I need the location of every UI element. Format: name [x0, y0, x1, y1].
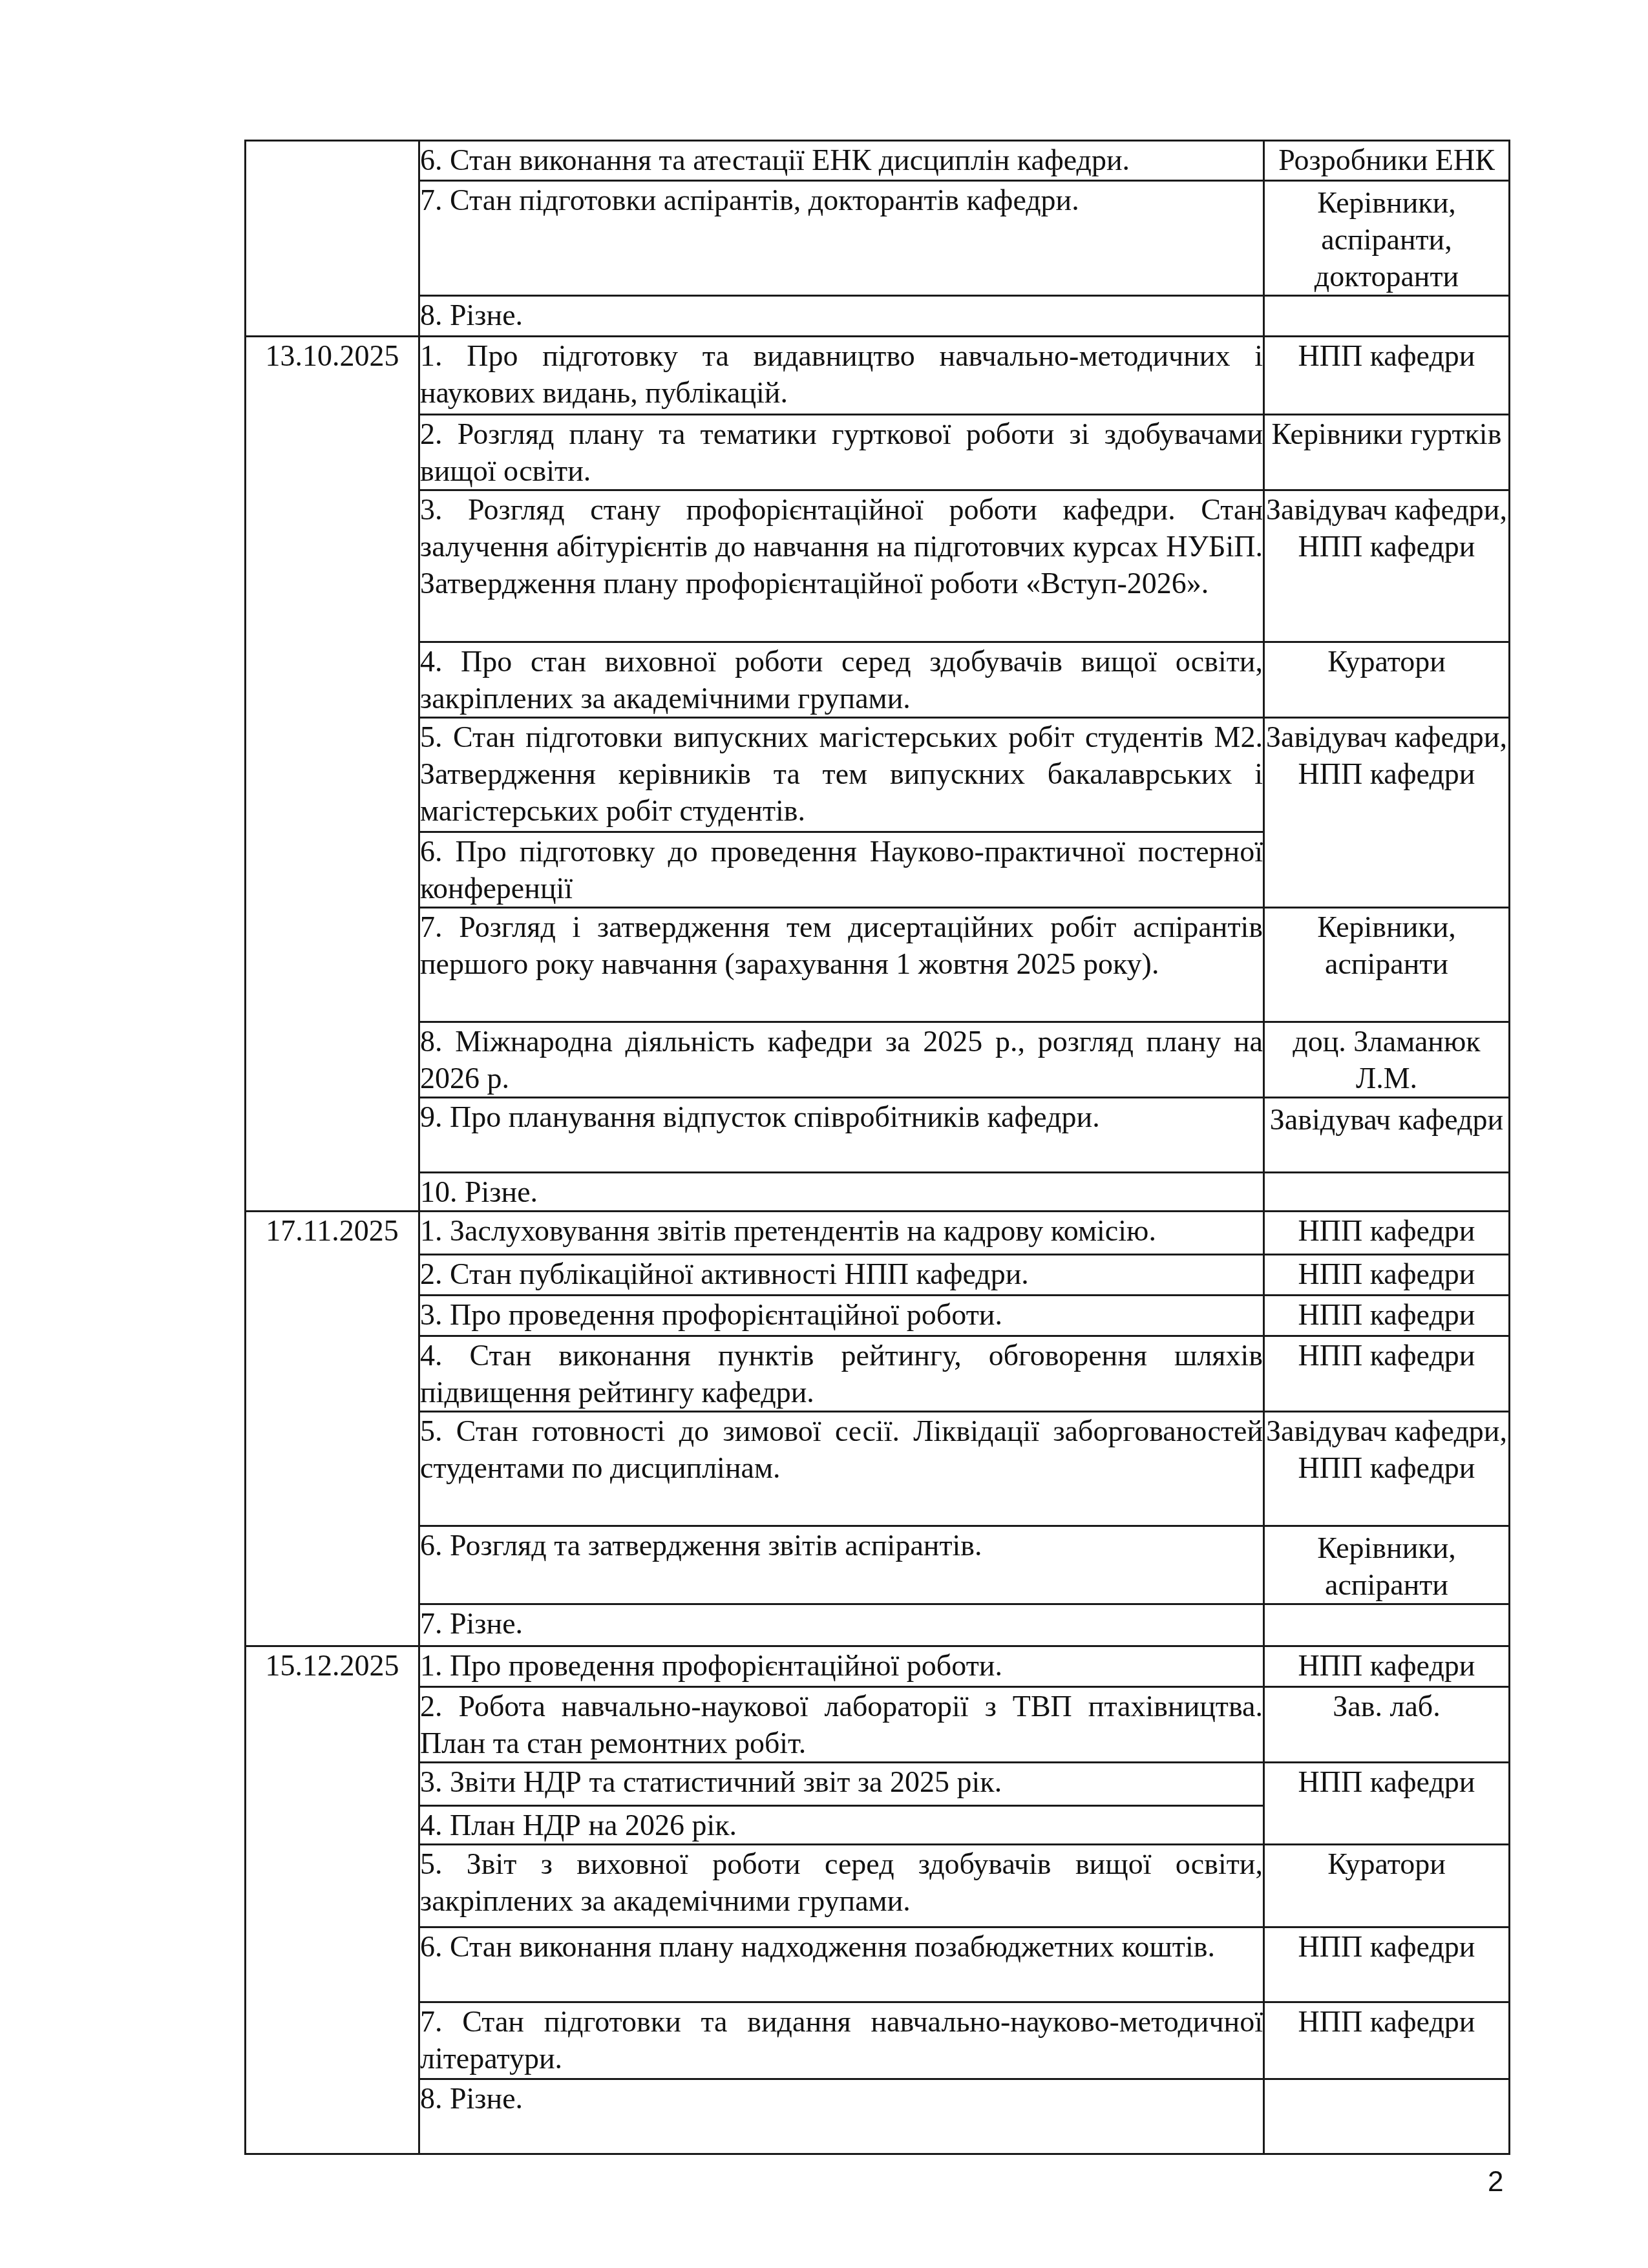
document-page: 6. Стан виконання та атестації ЕНК дисци… — [0, 0, 1648, 2268]
agenda-row: 3. Розгляд стану профорієнтаційної робот… — [246, 490, 1510, 642]
agenda-row: 3. Звіти НДР та статистичний звіт за 202… — [246, 1763, 1510, 1806]
meeting-date: 13.10.2025 — [246, 337, 419, 1212]
agenda-topic: 2. Розгляд плану та тематики гурткової р… — [419, 415, 1264, 490]
agenda-topic: 7. Розгляд і затвердження тем дисертацій… — [419, 908, 1264, 1022]
agenda-topic: 3. Про проведення профорієнтаційної робо… — [419, 1296, 1264, 1336]
meeting-plan-body: 6. Стан виконання та атестації ЕНК дисци… — [246, 141, 1510, 2154]
agenda-row: 4. Про стан виховної роботи серед здобув… — [246, 642, 1510, 718]
agenda-topic: 8. Різне. — [419, 296, 1264, 337]
responsible-party: доц. Зламанюк Л.М. — [1264, 1022, 1510, 1098]
responsible-party: Завідувач кафедри, НПП кафедри — [1264, 1412, 1510, 1526]
responsible-party: НПП кафедри — [1264, 1336, 1510, 1412]
agenda-topic: 7. Стан підготовки та видання навчально-… — [419, 2002, 1264, 2079]
responsible-party: Куратори — [1264, 1845, 1510, 1927]
agenda-row: 6. Розгляд та затвердження звітів аспіра… — [246, 1526, 1510, 1604]
agenda-topic: 8. Різне. — [419, 2079, 1264, 2154]
agenda-row: 2. Розгляд плану та тематики гурткової р… — [246, 415, 1510, 490]
agenda-topic: 6. Розгляд та затвердження звітів аспіра… — [419, 1526, 1264, 1604]
agenda-row: 7. Розгляд і затвердження тем дисертацій… — [246, 908, 1510, 1022]
agenda-topic: 2. Стан публікаційної активності НПП каф… — [419, 1255, 1264, 1296]
agenda-row: 13.10.20251. Про підготовку та видавницт… — [246, 337, 1510, 415]
responsible-party — [1264, 296, 1510, 337]
responsible-party: НПП кафедри — [1264, 1212, 1510, 1255]
responsible-party: Завідувач кафедри — [1264, 1098, 1510, 1173]
agenda-row: 9. Про планування відпусток співробітник… — [246, 1098, 1510, 1173]
agenda-topic: 1. Про підготовку та видавництво навчаль… — [419, 337, 1264, 415]
agenda-row: 8. Різне. — [246, 2079, 1510, 2154]
meeting-date: 17.11.2025 — [246, 1212, 419, 1646]
agenda-row: 8. Різне. — [246, 296, 1510, 337]
agenda-row: 2. Стан публікаційної активності НПП каф… — [246, 1255, 1510, 1296]
agenda-topic: 4. Про стан виховної роботи серед здобув… — [419, 642, 1264, 718]
agenda-topic: 7. Стан підготовки аспірантів, докторант… — [419, 181, 1264, 296]
agenda-row: 5. Звіт з виховної роботи серед здобувач… — [246, 1845, 1510, 1927]
responsible-party: НПП кафедри — [1264, 1927, 1510, 2002]
agenda-row: 6. Стан виконання та атестації ЕНК дисци… — [246, 141, 1510, 181]
responsible-party: Куратори — [1264, 642, 1510, 718]
agenda-row: 2. Робота навчально-наукової лабораторії… — [246, 1687, 1510, 1763]
responsible-party: НПП кафедри — [1264, 1296, 1510, 1336]
agenda-row: 17.11.20251. Заслуховування звітів прете… — [246, 1212, 1510, 1255]
agenda-topic: 1. Про проведення профорієнтаційної робо… — [419, 1646, 1264, 1687]
agenda-topic: 9. Про планування відпусток співробітник… — [419, 1098, 1264, 1173]
agenda-row: 7. Стан підготовки аспірантів, докторант… — [246, 181, 1510, 296]
agenda-row: 7. Стан підготовки та видання навчально-… — [246, 2002, 1510, 2079]
agenda-topic: 2. Робота навчально-наукової лабораторії… — [419, 1687, 1264, 1763]
agenda-topic: 8. Міжнародна діяльність кафедри за 2025… — [419, 1022, 1264, 1098]
agenda-topic: 6. Стан виконання та атестації ЕНК дисци… — [419, 141, 1264, 181]
responsible-party: НПП кафедри — [1264, 1763, 1510, 1845]
responsible-party: НПП кафедри — [1264, 337, 1510, 415]
agenda-topic: 4. Стан виконання пунктів рейтингу, обго… — [419, 1336, 1264, 1412]
agenda-row: 10. Різне. — [246, 1173, 1510, 1212]
responsible-party: Керівники гуртків — [1264, 415, 1510, 490]
agenda-topic: 6. Стан виконання плану надходження поза… — [419, 1927, 1264, 2002]
agenda-topic: 3. Звіти НДР та статистичний звіт за 202… — [419, 1763, 1264, 1806]
agenda-topic: 7. Різне. — [419, 1604, 1264, 1646]
agenda-topic: 3. Розгляд стану профорієнтаційної робот… — [419, 490, 1264, 642]
agenda-topic: 5. Стан підготовки випускних магістерськ… — [419, 718, 1264, 832]
responsible-party — [1264, 1604, 1510, 1646]
agenda-topic: 10. Різне. — [419, 1173, 1264, 1212]
responsible-party: Розробники ЕНК — [1264, 141, 1510, 181]
agenda-row: 15.12.20251. Про проведення профорієнтац… — [246, 1646, 1510, 1687]
responsible-party: Завідувач кафедри, НПП кафедри — [1264, 718, 1510, 908]
agenda-topic: 5. Звіт з виховної роботи серед здобувач… — [419, 1845, 1264, 1927]
agenda-row: 4. Стан виконання пунктів рейтингу, обго… — [246, 1336, 1510, 1412]
meeting-date — [246, 141, 419, 337]
responsible-party — [1264, 2079, 1510, 2154]
responsible-party: Керівники, аспіранти — [1264, 1526, 1510, 1604]
agenda-topic: 6. Про підготовку до проведення Науково-… — [419, 832, 1264, 908]
responsible-party: Керівники, аспіранти, докторанти — [1264, 181, 1510, 296]
page-number: 2 — [1488, 2166, 1503, 2198]
agenda-row: 6. Стан виконання плану надходження поза… — [246, 1927, 1510, 2002]
agenda-topic: 5. Стан готовності до зимової сесії. Лік… — [419, 1412, 1264, 1526]
meeting-date: 15.12.2025 — [246, 1646, 419, 2154]
agenda-row: 5. Стан готовності до зимової сесії. Лік… — [246, 1412, 1510, 1526]
agenda-row: 5. Стан підготовки випускних магістерськ… — [246, 718, 1510, 832]
agenda-row: 3. Про проведення профорієнтаційної робо… — [246, 1296, 1510, 1336]
meeting-plan-table: 6. Стан виконання та атестації ЕНК дисци… — [244, 140, 1510, 2155]
responsible-party: НПП кафедри — [1264, 1646, 1510, 1687]
responsible-party: Керівники, аспіранти — [1264, 908, 1510, 1022]
responsible-party: Завідувач кафедри, НПП кафедри — [1264, 490, 1510, 642]
agenda-row: 7. Різне. — [246, 1604, 1510, 1646]
responsible-party — [1264, 1173, 1510, 1212]
responsible-party: НПП кафедри — [1264, 2002, 1510, 2079]
responsible-party: Зав. лаб. — [1264, 1687, 1510, 1763]
agenda-row: 8. Міжнародна діяльність кафедри за 2025… — [246, 1022, 1510, 1098]
agenda-topic: 4. План НДР на 2026 рік. — [419, 1806, 1264, 1845]
responsible-party: НПП кафедри — [1264, 1255, 1510, 1296]
agenda-topic: 1. Заслуховування звітів претендентів на… — [419, 1212, 1264, 1255]
